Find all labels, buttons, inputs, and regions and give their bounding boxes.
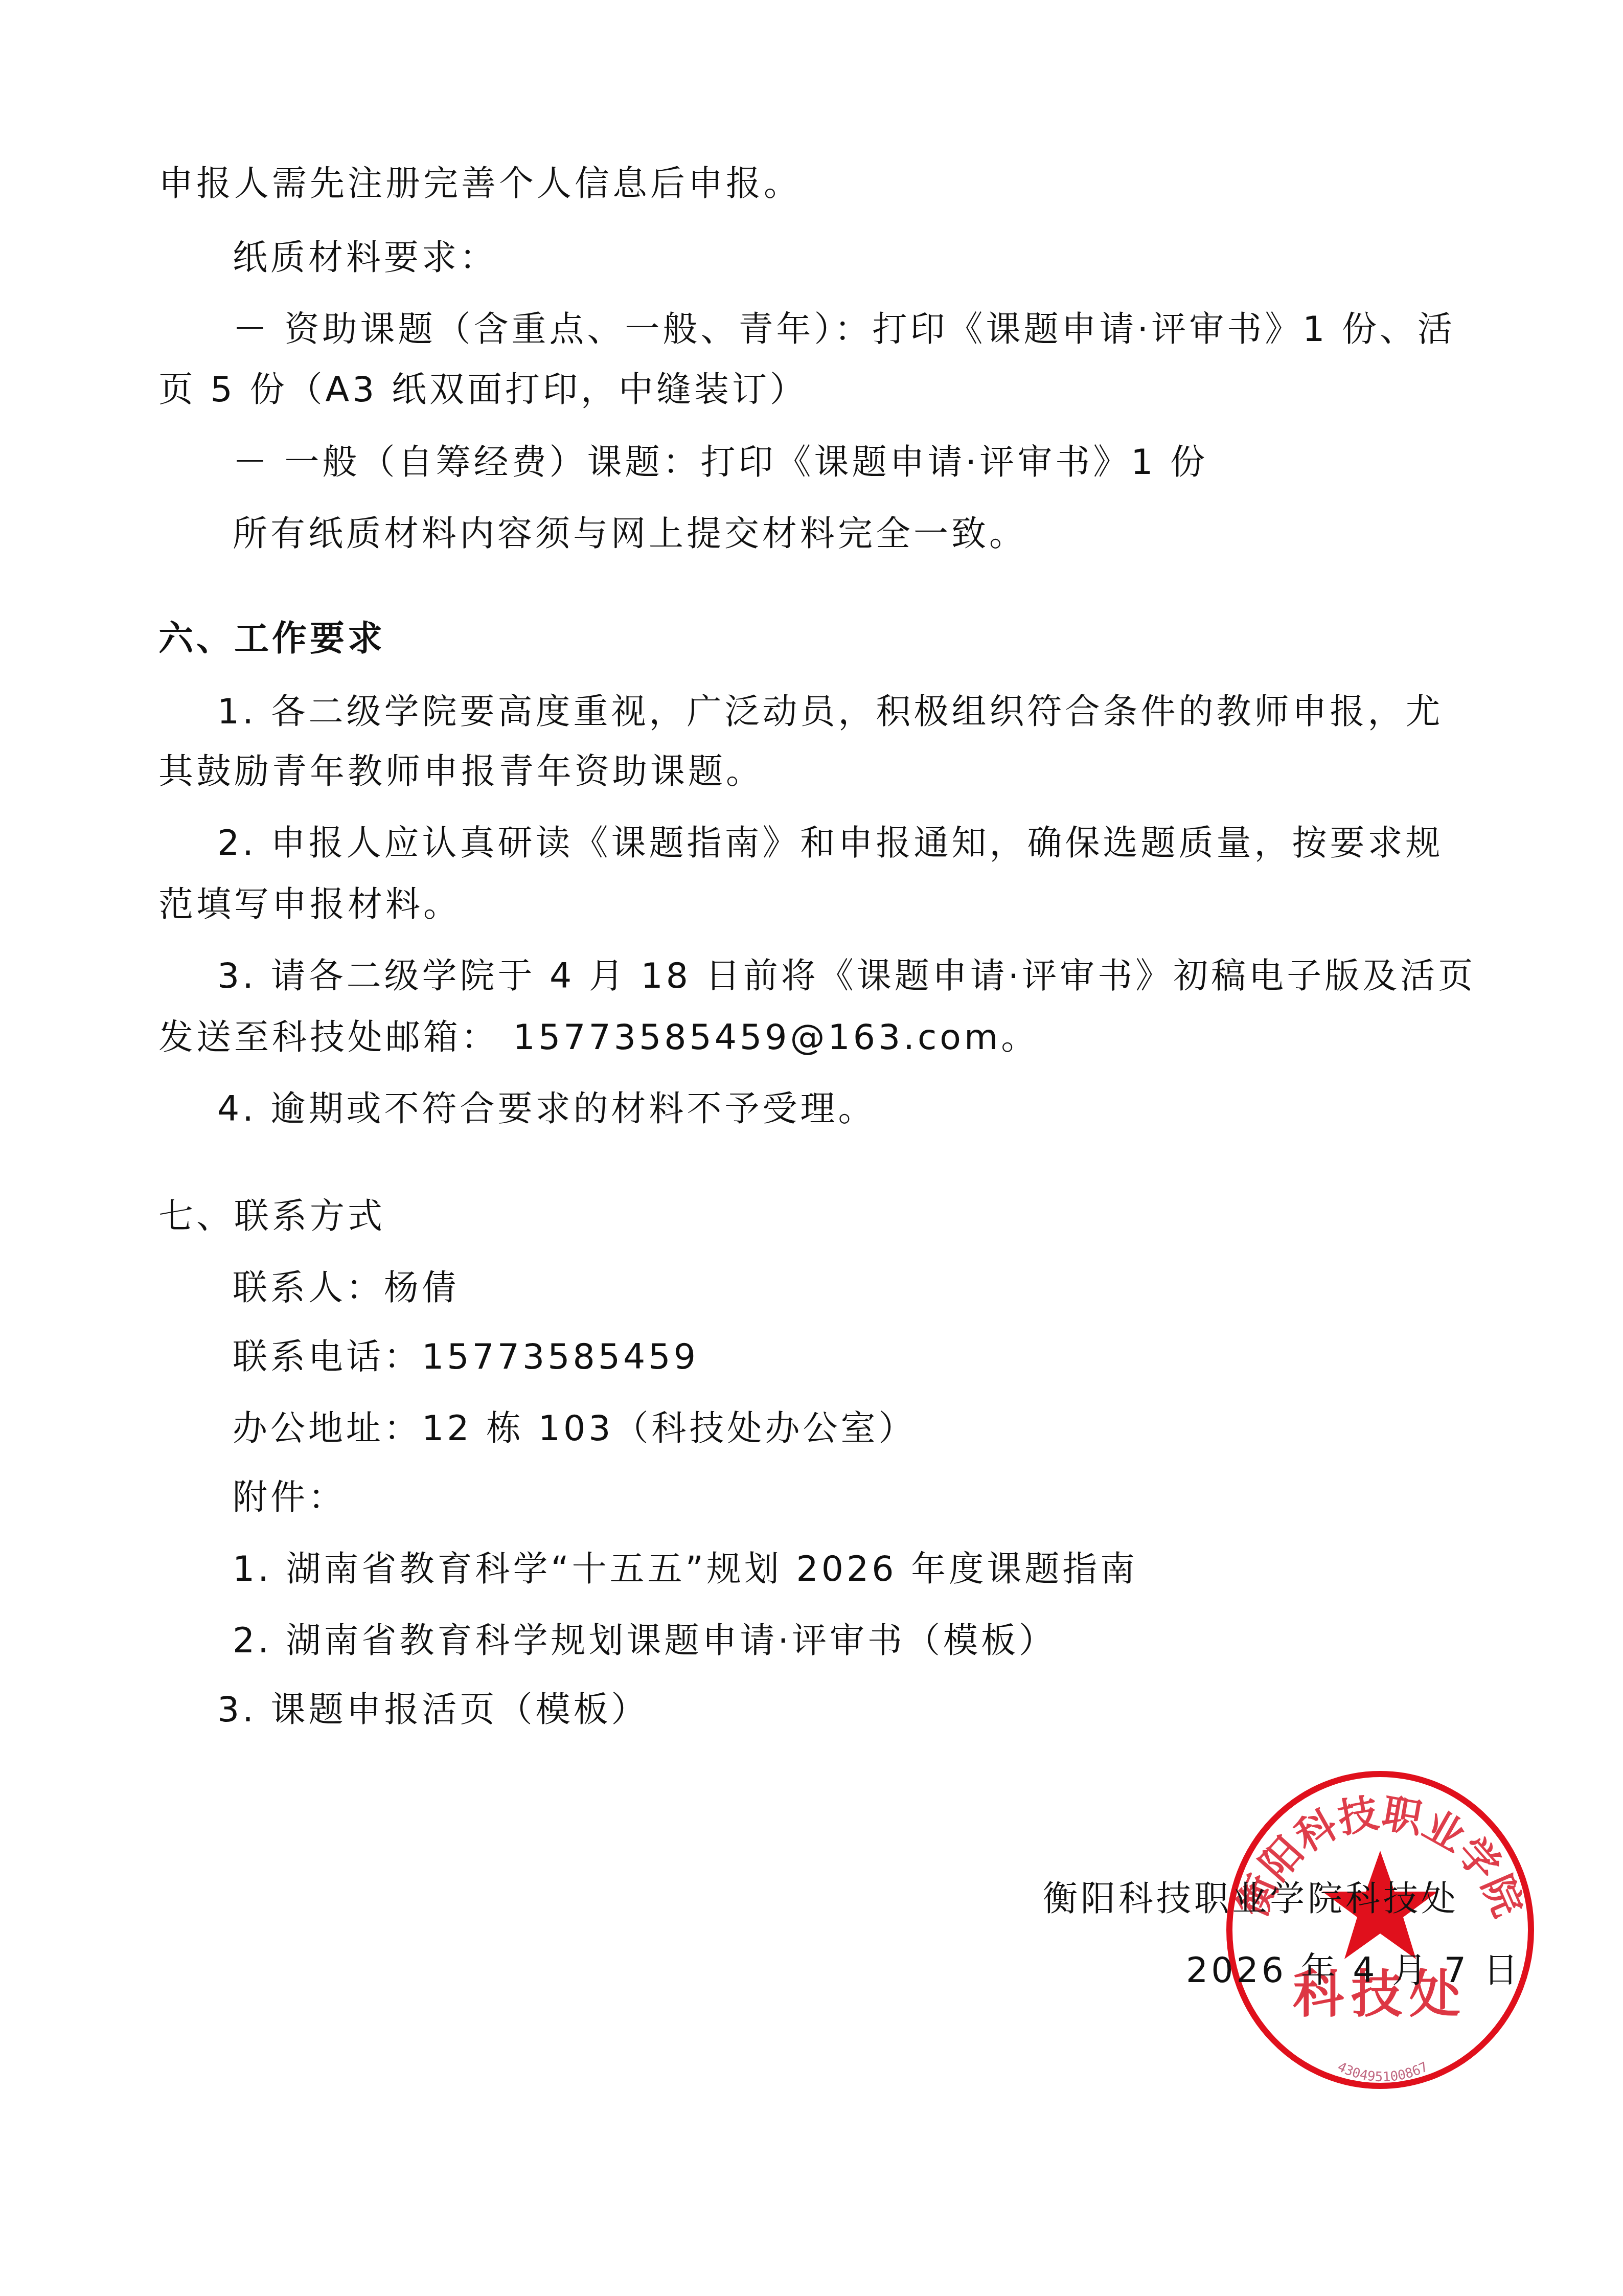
official-seal-stamp: 衡阳科技职业学院 科技处 430495100867 <box>1224 1769 1536 2091</box>
paper-req-item1-line2: 页 5 份（A3 纸双面打印，中缝装订） <box>158 367 808 413</box>
attachment-item-3: 3. 课题申报活页（模板） <box>217 1687 649 1733</box>
intro-tail: 申报人需先注册完善个人信息后申报。 <box>158 161 802 207</box>
paper-req-note: 所有纸质材料内容须与网上提交材料完全一致。 <box>233 511 1027 557</box>
contact-phone: 联系电话：15773585459 <box>233 1334 699 1380</box>
section7-heading: 七、联系方式 <box>158 1194 385 1240</box>
section6-heading: 六、工作要求 <box>158 616 385 662</box>
section6-item4: 4. 逾期或不符合要求的材料不予受理。 <box>217 1086 876 1132</box>
section6-item3-line1: 3. 请各二级学院于 4 月 18 日前将《课题申请·评审书》初稿电子版及活页 <box>217 953 1476 999</box>
contact-person: 联系人：杨倩 <box>233 1265 460 1311</box>
attachment-item-1: 1. 湖南省教育科学“十五五”规划 2026 年度课题指南 <box>233 1547 1138 1593</box>
section6-item1-line2: 其鼓励青年教师申报青年资助课题。 <box>158 749 764 795</box>
office-address: 办公地址：12 栋 103（科技处办公室） <box>233 1406 917 1452</box>
signature-org: 衡阳科技职业学院科技处 <box>1043 1876 1459 1922</box>
section6-item3-line2: 发送至科技处邮箱： 15773585459@163.com。 <box>158 1015 1039 1061</box>
attachment-item-2: 2. 湖南省教育科学规划课题申请·评审书（模板） <box>233 1618 1057 1664</box>
signature-date: 2026 年 4 月 7 日 <box>1186 1948 1521 1994</box>
section6-item1-line1: 1. 各二级学院要高度重视，广泛动员，积极组织符合条件的教师申报，尤 <box>217 689 1444 735</box>
paper-requirements-title: 纸质材料要求： <box>233 235 497 281</box>
attachments-label: 附件： <box>233 1475 346 1521</box>
paper-req-item1-line1: － 资助课题（含重点、一般、青年）：打印《课题申请·评审书》1 份、活 <box>233 307 1455 353</box>
section6-item2-line1: 2. 申报人应认真研读《课题指南》和申报通知，确保选题质量，按要求规 <box>217 821 1444 867</box>
paper-req-item2: － 一般（自筹经费）课题：打印《课题申请·评审书》1 份 <box>233 440 1208 486</box>
section6-item2-line2: 范填写申报材料。 <box>158 882 461 928</box>
